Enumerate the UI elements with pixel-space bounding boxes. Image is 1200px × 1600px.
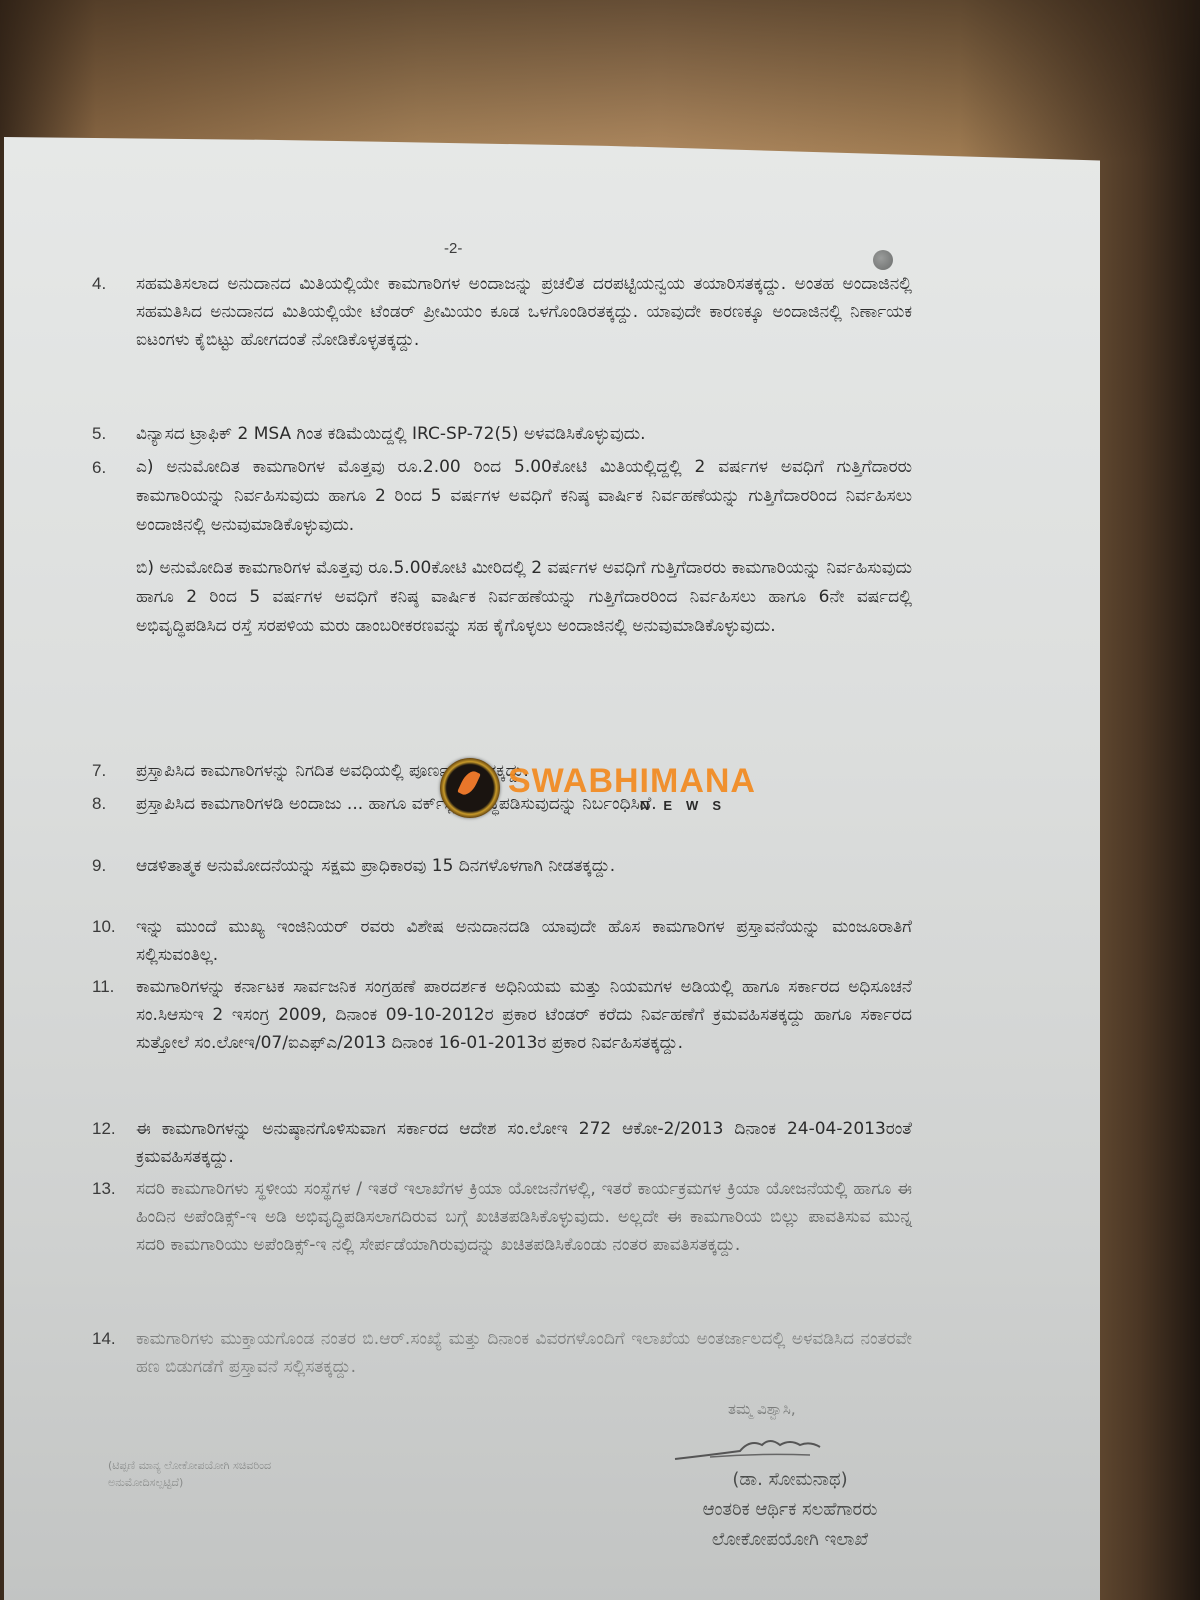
item-text: ಇನ್ನು ಮುಂದೆ ಮುಖ್ಯ ಇಂಜಿನಿಯರ್ ರವರು ವಿಶೇಷ ಅ… <box>136 913 912 969</box>
punch-hole <box>873 250 893 270</box>
list-item-4: 4. ಸಹಮತಿಸಲಾದ ಅನುದಾನದ ಮಿತಿಯಲ್ಲಿಯೇ ಕಾಮಗಾರಿ… <box>92 270 912 354</box>
item-text: ಸದರಿ ಕಾಮಗಾರಿಗಳು ಸ್ಥಳೀಯ ಸಂಸ್ಥೆಗಳ / ಇತರೆ ಇ… <box>136 1175 912 1259</box>
item-text: ಆಡಳಿತಾತ್ಮಕ ಅನುಮೋದನೆಯನ್ನು ಸಕ್ಷಮ ಪ್ರಾಧಿಕಾರ… <box>136 852 912 880</box>
list-item-13: 13. ಸದರಿ ಕಾಮಗಾರಿಗಳು ಸ್ಥಳೀಯ ಸಂಸ್ಥೆಗಳ / ಇತ… <box>92 1175 912 1259</box>
item-number: 10. <box>92 913 132 941</box>
item-text: ಈ ಕಾಮಗಾರಿಗಳನ್ನು ಅನುಷ್ಠಾನಗೊಳಿಸುವಾಗ ಸರ್ಕಾರ… <box>136 1115 912 1171</box>
approval-note-line2: ಅನುಮೋದಿಸಲ್ಪಟ್ಟಿದೆ) <box>108 1474 271 1491</box>
item-text: ವಿನ್ಯಾಸದ ಟ್ರಾಫಿಕ್ 2 MSA ಗಿಂತ ಕಡಿಮೆಯಿದ್ದಲ… <box>136 420 912 448</box>
item-number: 8. <box>92 790 132 818</box>
list-item-6: 6. ಎ) ಅನುಮೋದಿತ ಕಾಮಗಾರಿಗಳ ಮೊತ್ತವು ರೂ.2.00… <box>92 453 912 655</box>
item-number: 9. <box>92 852 132 880</box>
item-number: 4. <box>92 270 132 298</box>
feather-quill-icon <box>457 768 481 797</box>
approval-note: (ಟಿಪ್ಪಣಿ ಮಾನ್ಯ ಲೋಕೋಪಯೋಗಿ ಸಚಿವರಿಂದ ಅನುಮೋದ… <box>108 1457 271 1491</box>
item-number: 6. <box>92 453 132 482</box>
item-text: ಕಾಮಗಾರಿಗಳು ಮುಕ್ತಾಯಗೊಂಡ ನಂತರ ಬಿ.ಆರ್.ಸಂಖ್ಯ… <box>136 1325 912 1381</box>
approval-note-line1: (ಟಿಪ್ಪಣಿ ಮಾನ್ಯ ಲೋಕೋಪಯೋಗಿ ಸಚಿವರಿಂದ <box>108 1457 271 1474</box>
watermark-brand: SWABHIMANA <box>508 762 756 801</box>
watermark-sub: NEWS <box>640 798 735 813</box>
list-item-12: 12. ಈ ಕಾಮಗಾರಿಗಳನ್ನು ಅನುಷ್ಠಾನಗೊಳಿಸುವಾಗ ಸರ… <box>92 1115 912 1171</box>
signatory-designation: ಆಂತರಿಕ ಆರ್ಥಿಕ ಸಲಹೆಗಾರರು <box>650 1495 930 1525</box>
list-item-9: 9. ಆಡಳಿತಾತ್ಮಕ ಅನುಮೋದನೆಯನ್ನು ಸಕ್ಷಮ ಪ್ರಾಧಿ… <box>92 852 912 880</box>
item-text: ಕಾಮಗಾರಿಗಳನ್ನು ಕರ್ನಾಟಕ ಸಾರ್ವಜನಿಕ ಸಂಗ್ರಹಣೆ… <box>136 973 912 1057</box>
item-6a-text: ಎ) ಅನುಮೋದಿತ ಕಾಮಗಾರಿಗಳ ಮೊತ್ತವು ರೂ.2.00 ರಿ… <box>136 453 912 540</box>
signatory-block: (ಡಾ. ಸೋಮನಾಥ) ಆಂತರಿಕ ಆರ್ಥಿಕ ಸಲಹೆಗಾರರು ಲೋಕ… <box>650 1465 930 1555</box>
handwritten-signature <box>670 1435 830 1463</box>
signatory-department: ಲೋಕೋಪಯೋಗಿ ಇಲಾಖೆ <box>650 1525 930 1555</box>
item-text: ಸಹಮತಿಸಲಾದ ಅನುದಾನದ ಮಿತಿಯಲ್ಲಿಯೇ ಕಾಮಗಾರಿಗಳ … <box>136 270 912 354</box>
item-number: 12. <box>92 1115 132 1143</box>
list-item-5: 5. ವಿನ್ಯಾಸದ ಟ್ರಾಫಿಕ್ 2 MSA ಗಿಂತ ಕಡಿಮೆಯಿದ… <box>92 420 912 448</box>
swabhimana-news-watermark: SWABHIMANA NEWS <box>440 758 780 818</box>
item-number: 7. <box>92 757 132 785</box>
list-item-14: 14. ಕಾಮಗಾರಿಗಳು ಮುಕ್ತಾಯಗೊಂಡ ನಂತರ ಬಿ.ಆರ್.ಸ… <box>92 1325 912 1381</box>
signatory-name: (ಡಾ. ಸೋಮನಾಥ) <box>650 1465 930 1495</box>
closing-salutation: ತಮ್ಮ ವಿಶ್ವಾಸಿ, <box>728 1400 796 1418</box>
list-item-11: 11. ಕಾಮಗಾರಿಗಳನ್ನು ಕರ್ನಾಟಕ ಸಾರ್ವಜನಿಕ ಸಂಗ್… <box>92 973 912 1057</box>
item-number: 5. <box>92 420 132 448</box>
item-number: 14. <box>92 1325 132 1353</box>
item-6b-text: ಬಿ) ಅನುಮೋದಿತ ಕಾಮಗಾರಿಗಳ ಮೊತ್ತವು ರೂ.5.00ಕೋ… <box>136 554 912 641</box>
wooden-background <box>0 0 1200 160</box>
item-number: 11. <box>92 973 132 1001</box>
item-number: 13. <box>92 1175 132 1203</box>
list-item-10: 10. ಇನ್ನು ಮುಂದೆ ಮುಖ್ಯ ಇಂಜಿನಿಯರ್ ರವರು ವಿಶ… <box>92 913 912 969</box>
page-number: -2- <box>444 240 462 257</box>
news-logo <box>440 758 500 818</box>
